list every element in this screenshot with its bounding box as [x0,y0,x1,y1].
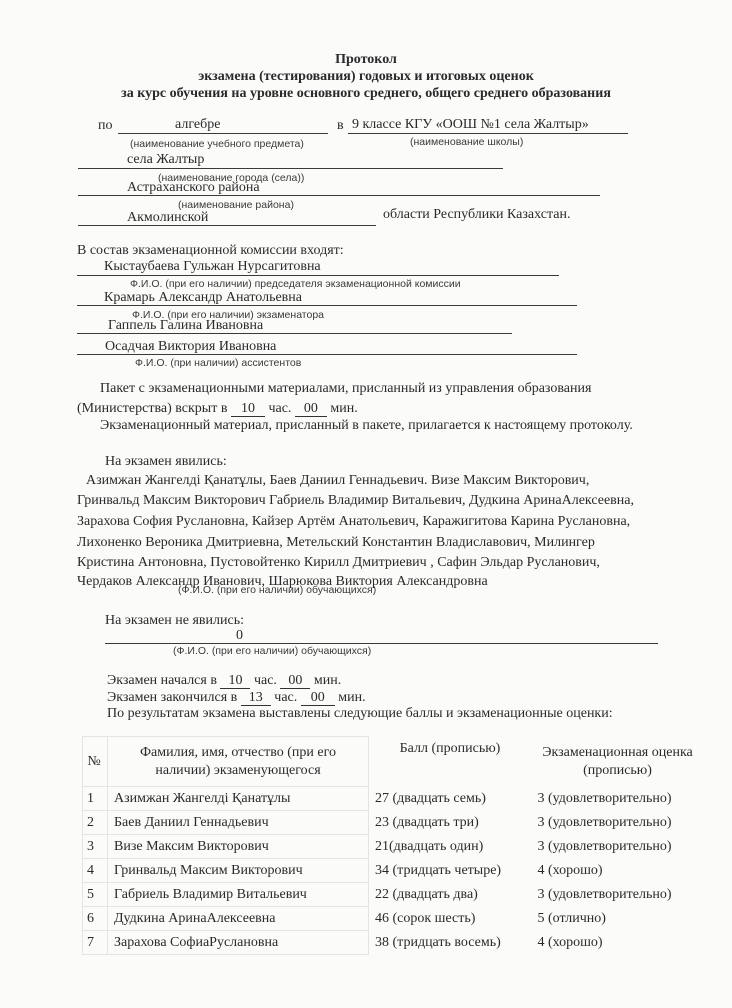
row-num: 2 [83,811,108,835]
row-num: 6 [83,907,108,931]
exam-end-hour: 13 [241,691,271,706]
commission-heading: В состав экзаменационной комиссии входят… [77,243,344,259]
row-name: Дудкина АринаАлексеевна [108,907,369,931]
row-name: Баев Даниил Геннадьевич [108,811,369,835]
header-grade: Экзаменационная оценка (прописью) [532,737,704,787]
exam-end-minute: 00 [301,691,335,706]
document-title: Протокол [0,52,732,68]
assistants-caption: Ф.И.О. (при наличии) ассистентов [135,357,301,369]
chair-caption: Ф.И.О. (при его наличии) председателя эк… [130,278,461,290]
class-school-underline [348,133,628,134]
exam-start-hour-label: час. [254,673,277,688]
package-opened-prefix: (Министерства) вскрыт в [77,401,227,416]
header-score: Балл (прописью) [369,737,532,787]
table-row: 4 Гринвальд Максим Викторович 34 (тридца… [83,859,704,883]
row-name: Зарахова СофиаРуслановна [108,931,369,955]
exam-start: Экзамен начался в 10 час. 00 мин. [107,673,341,689]
row-grade: 5 (отлично) [532,907,704,931]
row-score: 27 (двадцать семь) [369,787,532,811]
package-hour-label: час. [268,401,291,416]
row-score: 21(двадцать один) [369,835,532,859]
present-caption: (Ф.И.О. (при его наличии) обучающихся) [178,584,376,596]
assistant1-name: Гаппель Галина Ивановна [108,318,263,334]
district-value: Астраханского района [127,180,260,196]
row-score: 34 (тридцать четыре) [369,859,532,883]
table-row: 5 Габриель Владимир Витальевич 22 (двадц… [83,883,704,907]
assistant2-name: Осадчая Виктория Ивановна [105,339,276,355]
package-hour: 10 [231,402,265,417]
present-heading: На экзамен явились: [105,454,227,470]
header-name: Фамилия, имя, отчество (при его наличии)… [108,737,369,787]
row-grade: 3 (удовлетворительно) [532,835,704,859]
absent-underline [105,643,658,644]
label-po: по [98,118,113,134]
row-grade: 4 (хорошо) [532,931,704,955]
city-underline [78,168,503,169]
row-name: Гринвальд Максим Викторович [108,859,369,883]
school-caption: (наименование школы) [410,136,523,148]
class-school-value: 9 классе КГУ «ООШ №1 села Жалтыр» [352,117,589,133]
row-grade: 3 (удовлетворительно) [532,787,704,811]
examiner-name: Крамарь Александр Анатольевна [104,290,302,306]
row-score: 22 (двадцать два) [369,883,532,907]
absent-value: 0 [236,628,243,644]
region-suffix: области Республики Казахстан. [383,207,570,223]
document-subtitle-1: экзамена (тестирования) годовых и итогов… [0,69,732,85]
package-minute: 00 [295,402,327,417]
table-row: 2 Баев Даниил Геннадьевич 23 (двадцать т… [83,811,704,835]
present-line: Зарахова София Руслановна, Кайзер Артём … [77,512,630,531]
city-value: села Жалтыр [127,152,204,168]
present-line: Гринвальд Максим Викторович Габриель Вла… [77,491,634,510]
table-row: 1 Азимжан Жангелді Қанатұлы 27 (двадцать… [83,787,704,811]
row-num: 3 [83,835,108,859]
row-name: Визе Максим Викторович [108,835,369,859]
row-score: 23 (двадцать три) [369,811,532,835]
region-value: Акмолинской [127,210,208,226]
chair-underline [77,275,559,276]
row-score: 46 (сорок шесть) [369,907,532,931]
present-line: Кристина Антоновна, Пустовойтенко Кирилл… [77,553,600,572]
exam-start-minute: 00 [280,674,310,689]
grades-table: № Фамилия, имя, отчество (при его наличи… [82,736,704,955]
document-subtitle-2: за курс обучения на уровне основного сре… [0,86,732,102]
absent-caption: (Ф.И.О. (при его наличии) обучающихся) [173,645,371,657]
row-grade: 3 (удовлетворительно) [532,811,704,835]
package-minute-label: мин. [330,401,357,416]
exam-end: Экзамен закончился в 13 час. 00 мин. [107,690,366,706]
row-name: Габриель Владимир Витальевич [108,883,369,907]
exam-end-prefix: Экзамен закончился в [107,690,237,705]
table-row: 6 Дудкина АринаАлексеевна 46 (сорок шест… [83,907,704,931]
exam-start-prefix: Экзамен начался в [107,673,217,688]
package-line-3: Экзаменационный материал, присланный в п… [100,418,633,434]
table-row: 3 Визе Максим Викторович 21(двадцать оди… [83,835,704,859]
results-intro: По результатам экзамена выставлены следу… [107,706,613,722]
row-grade: 4 (хорошо) [532,859,704,883]
row-num: 1 [83,787,108,811]
table-row: 7 Зарахова СофиаРуслановна 38 (тридцать … [83,931,704,955]
header-num: № [83,737,108,787]
subject-value: алгебре [175,117,220,133]
package-line-2: (Министерства) вскрыт в 10 час. 00 мин. [77,401,358,417]
subject-underline [118,133,328,134]
exam-end-minute-label: мин. [338,690,365,705]
row-score: 38 (тридцать восемь) [369,931,532,955]
exam-start-minute-label: мин. [314,673,341,688]
label-v: в [337,118,344,134]
exam-start-hour: 10 [220,674,250,689]
package-line-1: Пакет с экзаменационными материалами, пр… [100,381,591,397]
present-line: Азимжан Жангелді Қанатұлы, Баев Даниил Г… [86,471,589,490]
table-header-row: № Фамилия, имя, отчество (при его наличи… [83,737,704,787]
region-underline [78,225,376,226]
row-num: 7 [83,931,108,955]
row-grade: 3 (удовлетворительно) [532,883,704,907]
exam-end-hour-label: час. [274,690,297,705]
row-num: 4 [83,859,108,883]
absent-heading: На экзамен не явились: [105,613,244,629]
row-name: Азимжан Жангелді Қанатұлы [108,787,369,811]
present-line: Лихоненко Вероника Дмитриевна, Метельски… [77,533,595,552]
subject-caption: (наименование учебного предмета) [130,138,304,150]
chair-name: Кыстаубаева Гульжан Нурсагитовна [104,259,321,275]
row-num: 5 [83,883,108,907]
